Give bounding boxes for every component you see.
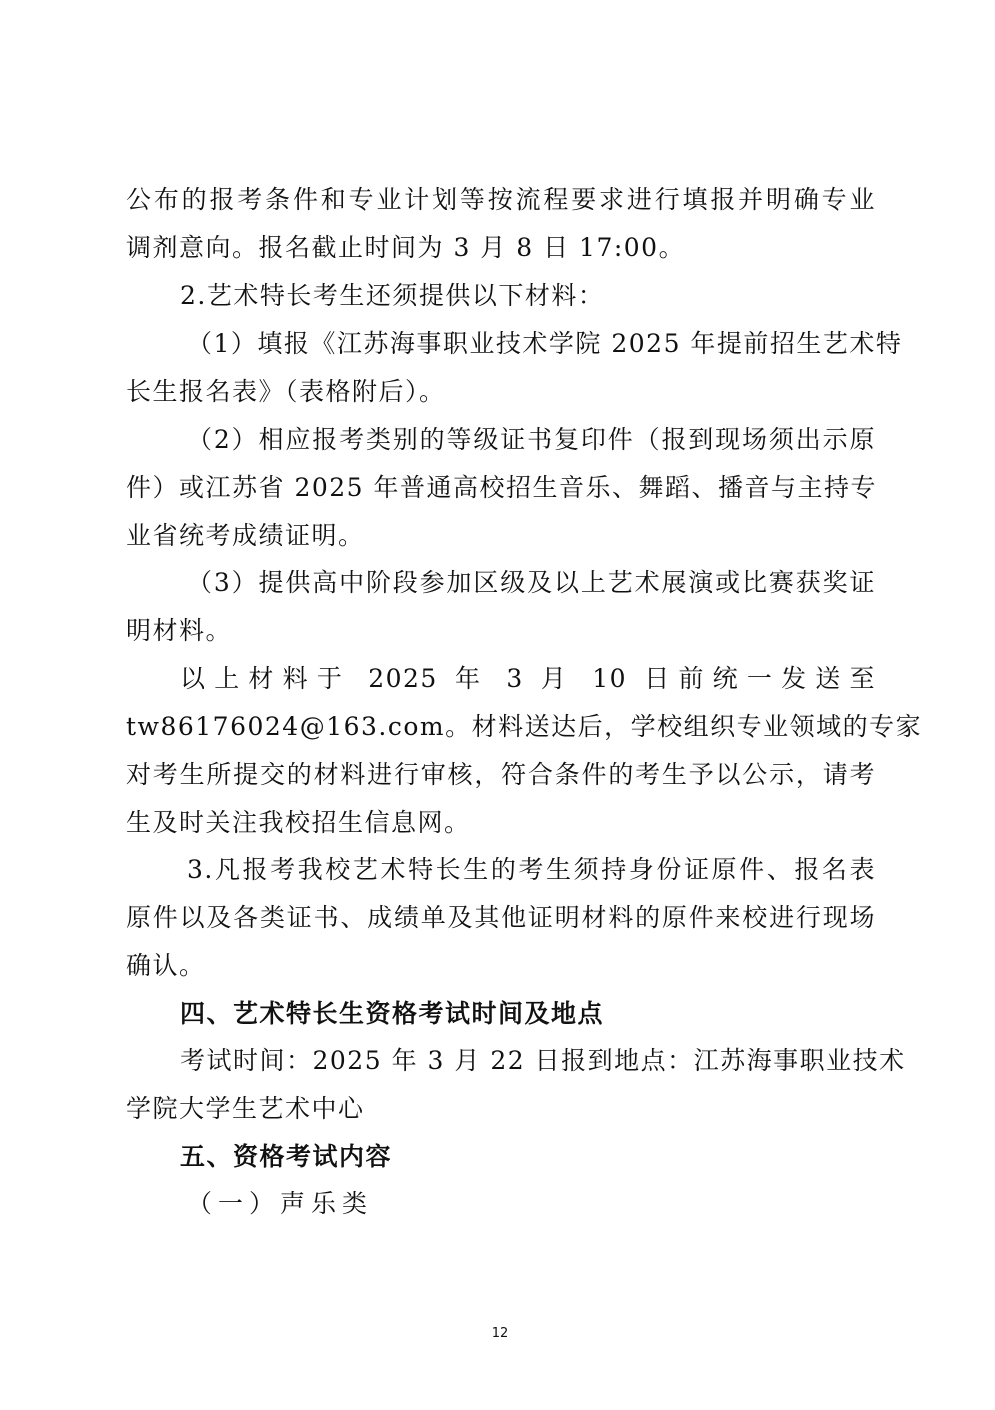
paragraph-line: （2）相应报考类别的等级证书复印件（报到现场须出示原 xyxy=(187,425,876,455)
paragraph-line: 生及时关注我校招生信息网。 xyxy=(126,808,876,838)
paragraph-line: （3）提供高中阶段参加区级及以上艺术展演或比赛获奖证 xyxy=(187,568,876,598)
subsection-heading: （一）声乐类 xyxy=(187,1189,876,1219)
paragraph-line: 长生报名表》（表格附后）。 xyxy=(126,377,876,407)
paragraph-line: 原件以及各类证书、成绩单及其他证明材料的原件来校进行现场 xyxy=(126,903,876,933)
paragraph-line: 以上材料于 2025 年 3 月 10 日前统一发送至 xyxy=(180,664,876,694)
paragraph-line: 对考生所提交的材料进行审核，符合条件的考生予以公示，请考 xyxy=(126,760,876,790)
paragraph-line: 明材料。 xyxy=(126,616,876,646)
paragraph-line: 考试时间：2025 年 3 月 22 日报到地点：江苏海事职业技术 xyxy=(180,1046,876,1076)
paragraph-line: （1）填报《江苏海事职业技术学院 2025 年提前招生艺术特 xyxy=(187,329,876,359)
paragraph-line: 件）或江苏省 2025 年普通高校招生音乐、舞蹈、播音与主持专 xyxy=(126,473,876,503)
paragraph-line: 3.凡报考我校艺术特长生的考生须持身份证原件、报名表 xyxy=(187,855,876,885)
paragraph-line: 确认。 xyxy=(126,951,876,981)
paragraph-line: 学院大学生艺术中心 xyxy=(126,1094,876,1124)
section-heading-5: 五、资格考试内容 xyxy=(180,1142,876,1172)
paragraph-line: 公布的报考条件和专业计划等按流程要求进行填报并明确专业 xyxy=(126,185,876,215)
paragraph-line: 调剂意向。报名截止时间为 3 月 8 日 17:00。 xyxy=(126,233,876,263)
email-line: tw86176024@163.com。材料送达后，学校组织专业领域的专家 xyxy=(126,712,876,742)
paragraph-line: 2.艺术特长考生还须提供以下材料： xyxy=(180,281,876,311)
document-page: 公布的报考条件和专业计划等按流程要求进行填报并明确专业 调剂意向。报名截止时间为… xyxy=(0,0,995,1410)
page-number: 12 xyxy=(480,1326,520,1341)
section-heading-4: 四、艺术特长生资格考试时间及地点 xyxy=(180,999,876,1029)
paragraph-line: 业省统考成绩证明。 xyxy=(126,521,876,551)
